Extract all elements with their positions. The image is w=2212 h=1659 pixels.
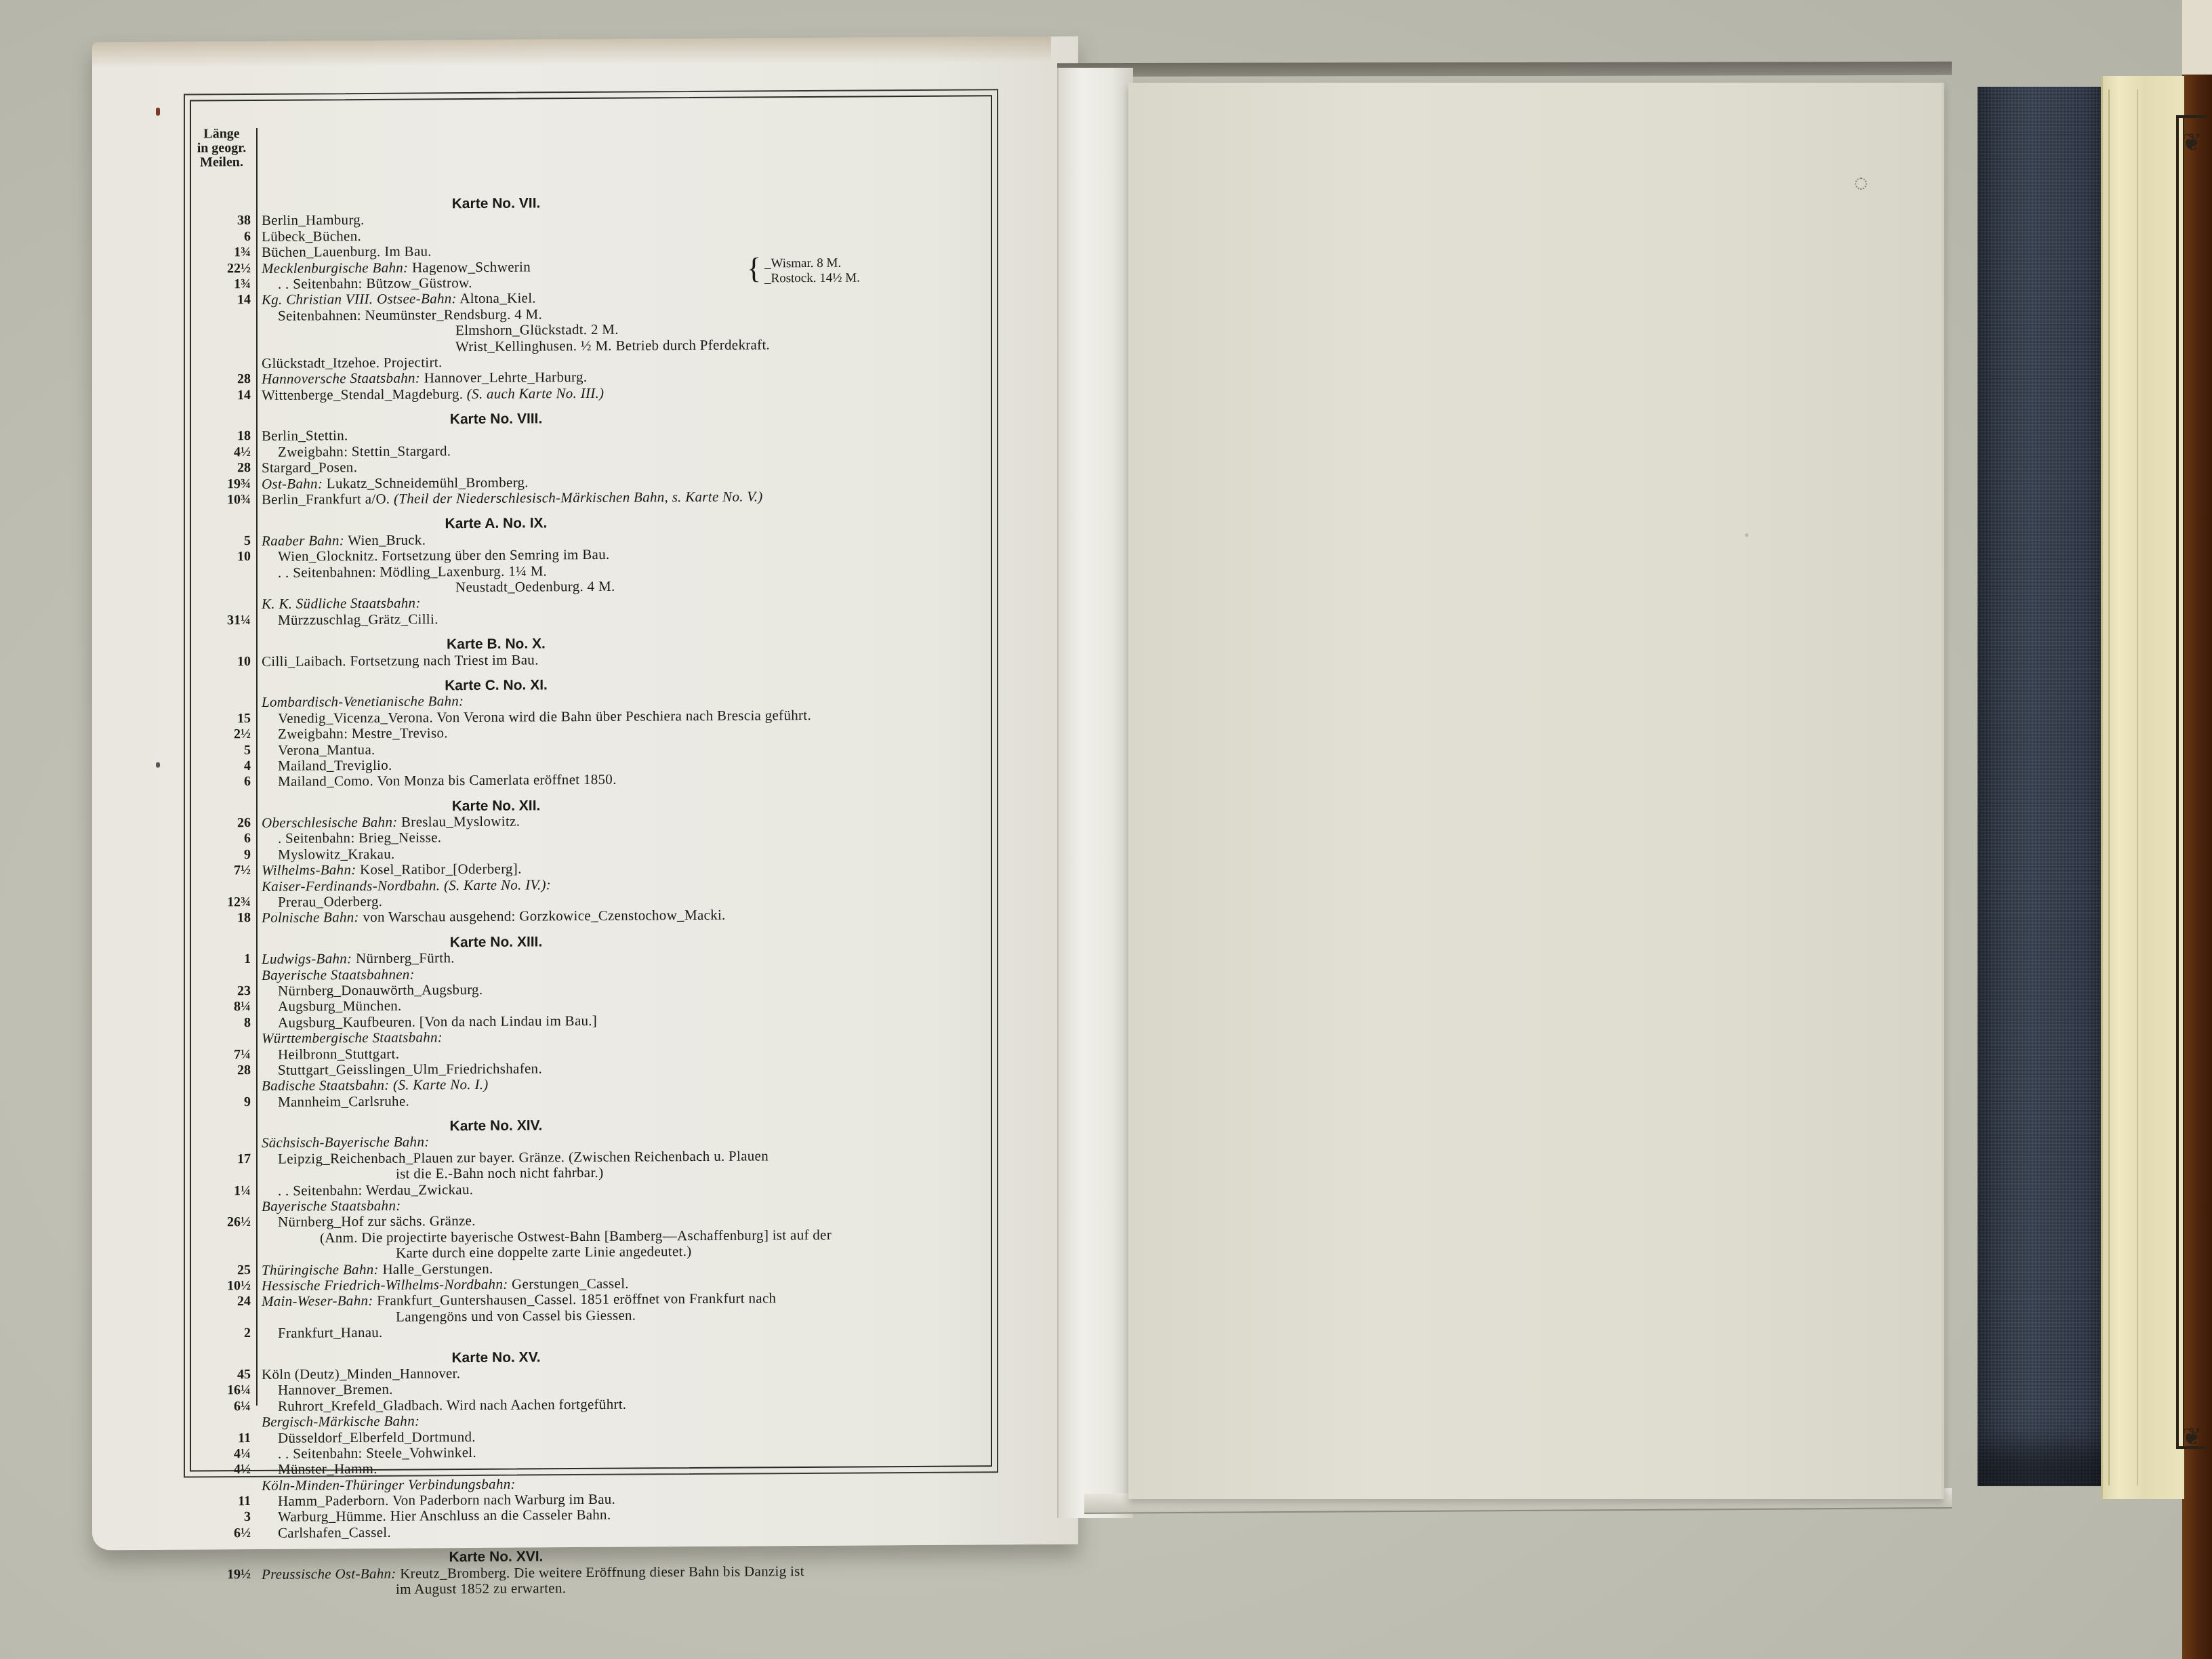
entry-text: Mecklenburgische Bahn: Hagenow_Schwerin [262, 259, 531, 276]
entry-text: Augsburg_München. [278, 998, 402, 1015]
scroll-ornament-icon: ❦ [2182, 130, 2202, 155]
company-name: Kaiser-Ferdinands-Nordbahn. (S. Karte No… [262, 876, 551, 895]
entry-text: Zweigbahn: Mestre_Treviso. [278, 725, 448, 742]
route: Berlin_Frankfurt a/O. [262, 491, 390, 508]
route: Neustadt_Oedenburg. 4 M. [455, 578, 615, 595]
length-value [191, 565, 251, 566]
route: Kosel_Ratibor_[Oderberg]. [360, 861, 522, 878]
route: Nürnberg_Hof zur sächs. Gränze. [278, 1212, 476, 1230]
length-value [191, 308, 251, 309]
entry-text: Warburg_Hümme. Hier Anschluss an die Cas… [278, 1507, 611, 1525]
entry-text: Lombardisch-Venetianische Bahn: [262, 693, 464, 710]
entry-text: Kg. Christian VIII. Ostsee-Bahn: Altona_… [262, 291, 536, 308]
length-value: 24 [191, 1294, 251, 1310]
cover-ornament-frame [2176, 115, 2206, 1449]
left-page: Länge in geogr. Meilen. Karte No. VII.38… [92, 37, 1078, 1551]
length-value [191, 1478, 251, 1479]
entry-text: Wien_Glocknitz. Fortsetzung über den Sem… [278, 547, 610, 565]
length-value: 4¼ [191, 1446, 251, 1462]
entry-text: Seitenbahnen: Neumünster_Rendsburg. 4 M. [278, 306, 542, 323]
entry-text: Elmshorn_Glückstadt. 2 M. [455, 322, 619, 338]
entry-text: Thüringische Bahn: Halle_Gerstungen. [262, 1261, 493, 1277]
company-name: Raaber Bahn: [262, 532, 344, 549]
length-value [191, 1135, 251, 1136]
length-value: 26½ [191, 1214, 251, 1231]
entry-text: Hannover_Bremen. [278, 1382, 393, 1398]
entry-text: Augsburg_Kaufbeuren. [Von da nach Lindau… [278, 1013, 597, 1031]
route: . Seitenbahn: Brieg_Neisse. [278, 829, 441, 846]
company-name: Bayerische Staatsbahnen: [262, 966, 415, 983]
entry-text: Badische Staatsbahn: (S. Karte No. I.) [262, 1077, 489, 1094]
route: Wittenberge_Stendal_Magdeburg. [262, 386, 463, 403]
entry-text: Verona_Mantua. [278, 741, 375, 758]
entry-text: Frankfurt_Hanau. [278, 1325, 383, 1341]
route: Mannheim_Carlsruhe. [278, 1092, 409, 1109]
board-edge [2108, 89, 2138, 1486]
length-value: 10½ [191, 1278, 251, 1294]
length-value: 28 [191, 371, 251, 388]
length-value: 7¼ [191, 1047, 251, 1063]
route: Köln (Deutz)_Minden_Hannover. [262, 1365, 460, 1382]
entry-text: Münster_Hamm. [278, 1461, 377, 1477]
route: Verona_Mantua. [278, 741, 375, 758]
route: . . Seitenbahn: Werdau_Zwickau. [278, 1181, 473, 1199]
company-name: Polnische Bahn: [262, 909, 359, 926]
route: Seitenbahnen: Neumünster_Rendsburg. 4 M. [278, 306, 542, 323]
entry-text: Lübeck_Büchen. [262, 228, 361, 245]
length-value: 14 [191, 388, 251, 404]
route: . . Seitenbahnen: Mödling_Laxenburg. 1¼ … [278, 562, 547, 580]
company-name: Preussische Ost-Bahn: [262, 1565, 396, 1582]
length-value: 7½ [191, 863, 251, 879]
length-value: 6½ [191, 1525, 251, 1542]
company-name: Köln-Minden-Thüringer Verbindungsbahn: [262, 1475, 516, 1493]
page-stain [92, 37, 1051, 68]
company-name: Hannoversche Staatsbahn: [262, 370, 420, 387]
entry-text: Büchen_Lauenburg. Im Bau. [262, 244, 432, 261]
cross-reference: (S. auch Karte No. III.) [463, 385, 604, 402]
entry-text: Bayerische Staatsbahn: [262, 1198, 401, 1214]
length-value: 8¼ [191, 999, 251, 1015]
company-name: Hessische Friedrich-Wilhelms-Nordbahn: [262, 1276, 508, 1294]
entry-text: Mailand_Como. Von Monza bis Camerlata er… [278, 772, 617, 790]
length-value: 4½ [191, 1462, 251, 1478]
entry-text: . . Seitenbahnen: Mödling_Laxenburg. 1¼ … [278, 563, 547, 580]
route: Frankfurt_Hanau. [278, 1324, 383, 1341]
entry-text: . Seitenbahn: Brieg_Neisse. [278, 830, 441, 846]
company-name: Main-Weser-Bahn: [262, 1292, 373, 1309]
entry-text: Stuttgart_Geisslingen_Ulm_Friedrichshafe… [278, 1061, 542, 1078]
length-value [191, 324, 251, 325]
route: Stargard_Posen. [262, 459, 357, 476]
entry-text: Stargard_Posen. [262, 459, 357, 476]
length-value: 19¾ [191, 476, 251, 493]
route: Ruhrort_Krefeld_Gladbach. Wird nach Aach… [278, 1395, 626, 1414]
route: Berlin_Hamburg. [262, 211, 365, 228]
length-value [191, 340, 251, 341]
entry-text: Raaber Bahn: Wien_Bruck. [262, 532, 426, 548]
company-name: Ludwigs-Bahn: [262, 950, 352, 967]
length-value: 2 [191, 1326, 251, 1342]
route: Büchen_Lauenburg. Im Bau. [262, 243, 432, 261]
route: Breslau_Myslowitz. [401, 813, 520, 830]
company-name: Sächsisch-Bayerische Bahn: [262, 1134, 429, 1151]
entry-text: Glückstadt_Itzehoe. Projectirt. [262, 354, 442, 371]
book-spine-cloth [1978, 87, 2113, 1486]
length-value: 17 [191, 1151, 251, 1168]
entry-text: Oberschlesische Bahn: Breslau_Myslowitz. [262, 814, 520, 831]
company-name: Bayerische Staatsbahn: [262, 1197, 401, 1214]
right-page-blank [1128, 83, 1944, 1499]
company-name: Mecklenburgische Bahn: [262, 259, 408, 276]
route: Glückstadt_Itzehoe. Projectirt. [262, 354, 442, 371]
length-value: 15 [191, 711, 251, 727]
route: von Warschau ausgehend: Gorzkowice_Czens… [363, 907, 725, 925]
entry-text: Ost-Bahn: Lukatz_Schneidemühl_Bromberg. [262, 474, 529, 491]
route: Zweigbahn: Mestre_Treviso. [278, 724, 448, 742]
length-value [191, 596, 251, 597]
entry-text: Neustadt_Oedenburg. 4 M. [455, 579, 615, 595]
length-value: 6¼ [191, 1399, 251, 1415]
length-value [191, 1199, 251, 1200]
length-value: 19½ [191, 1567, 251, 1583]
length-value [191, 356, 251, 356]
length-value: 11 [191, 1494, 251, 1510]
route: Warburg_Hümme. Hier Anschluss an die Cas… [278, 1507, 611, 1525]
entry-text: . . Seitenbahn: Steele_Vohwinkel. [278, 1445, 476, 1462]
route: Zweigbahn: Stettin_Stargard. [278, 443, 451, 460]
entry-text: Nürnberg_Donauwörth_Augsburg. [278, 982, 483, 999]
route: Stuttgart_Geisslingen_Ulm_Friedrichshafe… [278, 1060, 542, 1078]
length-value: 26 [191, 815, 251, 832]
company-name: Thüringische Bahn: [262, 1261, 379, 1277]
length-value: 23 [191, 983, 251, 1000]
route: Mailand_Como. Von Monza bis Camerlata er… [278, 771, 617, 790]
continuation-text: Langengöns und von Cassel bis Giessen. [396, 1307, 636, 1324]
length-value: 5 [191, 743, 251, 759]
entry-text: Wilhelms-Bahn: Kosel_Ratibor_[Oderberg]. [262, 861, 522, 878]
book-head-edge [1057, 62, 1952, 77]
route: Augsburg_München. [278, 998, 402, 1015]
entry-text: Sächsisch-Bayerische Bahn: [262, 1134, 429, 1151]
entry-text: Köln (Deutz)_Minden_Hannover. [262, 1366, 460, 1382]
scroll-ornament-icon: ❦ [2182, 1425, 2202, 1449]
route: Nürnberg_Fürth. [356, 949, 455, 966]
entry-text: Cilli_Laibach. Fortsetzung nach Triest i… [262, 652, 539, 669]
length-column-header: Länge in geogr. Meilen. [191, 101, 252, 170]
company-name: Kg. Christian VIII. Ostsee-Bahn: [262, 291, 457, 308]
length-value [191, 581, 251, 581]
route: Nürnberg_Donauwörth_Augsburg. [278, 981, 483, 999]
length-value: 14 [191, 292, 251, 308]
company-name: K. K. Südliche Staatsbahn: [262, 595, 421, 612]
length-value [191, 879, 251, 880]
entry-text: Prerau_Oderberg. [278, 894, 382, 910]
entry-text: Mailand_Treviglio. [278, 758, 392, 774]
company-name: Bergisch-Märkische Bahn: [262, 1413, 419, 1430]
route: Kreutz_Bromberg. Die weitere Eröffnung d… [400, 1563, 804, 1582]
length-value: 4½ [191, 445, 251, 461]
length-value: 11 [191, 1431, 251, 1447]
route: Prerau_Oderberg. [278, 893, 382, 910]
route: Altona_Kiel. [459, 290, 536, 307]
entry-text: Düsseldorf_Elberfeld_Dortmund. [278, 1429, 476, 1446]
length-value: 2½ [191, 726, 251, 743]
length-value: 4 [191, 758, 251, 775]
route: Wien_Glocknitz. Fortsetzung über den Sem… [278, 546, 610, 565]
company-name: Lombardisch-Venetianische Bahn: [262, 693, 464, 710]
route: . . Seitenbahn: Steele_Vohwinkel. [278, 1444, 476, 1462]
length-value: 31¼ [191, 613, 251, 629]
length-value: 1¾ [191, 245, 251, 261]
entry-text: Wittenberge_Stendal_Magdeburg. (S. auch … [262, 386, 604, 403]
entry-text: Köln-Minden-Thüringer Verbindungsbahn: [262, 1476, 516, 1493]
page-frame: Länge in geogr. Meilen. Karte No. VII.38… [190, 95, 992, 1471]
route: Wien_Bruck. [348, 531, 426, 548]
entry-text: Ruhrort_Krefeld_Gladbach. Wird nach Aach… [278, 1396, 626, 1414]
length-value: 12¾ [191, 895, 251, 911]
route: Gerstungen_Cassel. [512, 1275, 629, 1292]
route: Hannover_Bremen. [278, 1381, 393, 1398]
route: Berlin_Stettin. [262, 428, 348, 445]
length-value: 10 [191, 549, 251, 565]
route: Lukatz_Schneidemühl_Bromberg. [327, 474, 529, 491]
length-value: 6 [191, 229, 251, 245]
length-value: 6 [191, 831, 251, 847]
route: Wrist_Kellinghusen. ½ M. Betrieb durch P… [455, 336, 770, 354]
entry-text: Carlshafen_Cassel. [278, 1525, 391, 1541]
company-name: Oberschlesische Bahn: [262, 814, 398, 831]
route: Düsseldorf_Elberfeld_Dortmund. [278, 1429, 476, 1446]
length-value: 45 [191, 1367, 251, 1383]
length-value [191, 1078, 251, 1079]
length-value [191, 1414, 251, 1415]
route: Elmshorn_Glückstadt. 2 M. [455, 321, 619, 338]
page-speck [1855, 178, 1867, 190]
route: Mürzzuschlag_Grätz_Cilli. [278, 611, 438, 628]
length-value: 25 [191, 1263, 251, 1279]
route: Münster_Hamm. [278, 1460, 377, 1477]
route: Mailand_Treviglio. [278, 757, 392, 774]
entry-text: . . Seitenbahn: Werdau_Zwickau. [278, 1182, 473, 1199]
entry-text: Mürzzuschlag_Grätz_Cilli. [278, 611, 438, 628]
entry-text: Nürnberg_Hof zur sächs. Gränze. [278, 1213, 476, 1230]
length-value: 18 [191, 428, 251, 445]
company-name: Badische Staatsbahn: (S. Karte No. I.) [262, 1076, 489, 1094]
length-value: 3 [191, 1509, 251, 1525]
length-value: 28 [191, 1063, 251, 1079]
route: Carlshafen_Cassel. [278, 1524, 391, 1541]
length-value: 38 [191, 213, 251, 229]
length-value: 9 [191, 1094, 251, 1111]
length-value [191, 968, 251, 968]
company-name: Württembergische Staatsbahn: [262, 1029, 443, 1046]
book-gutter [1057, 68, 1133, 1518]
book-cover-board: ❦ ❦ [2101, 76, 2184, 1499]
entry-text: . . Seitenbahn: Bützow_Güstrow. [278, 275, 472, 292]
entry-text: K. K. Südliche Staatsbahn: [262, 596, 421, 612]
entry-text: Bergisch-Märkische Bahn: [262, 1414, 419, 1430]
continuation-text: ist die E.-Bahn noch nicht fahrbar.) [396, 1165, 603, 1182]
length-value: 1 [191, 951, 251, 968]
entry-text: Mannheim_Carlsruhe. [278, 1093, 409, 1109]
route: Hagenow_Schwerin [412, 258, 531, 275]
route: Frankfurt_Guntershausen_Cassel. 1851 erö… [377, 1290, 776, 1309]
page-mark [156, 762, 160, 768]
length-value: 1¼ [191, 1183, 251, 1200]
annotation-text: Karte durch eine doppelte zarte Linie an… [396, 1244, 692, 1261]
route: Lübeck_Büchen. [262, 228, 361, 245]
route: Augsburg_Kaufbeuren. [Von da nach Lindau… [278, 1012, 597, 1031]
entry-text: Myslowitz_Krakau. [278, 846, 395, 863]
railway-list: Karte No. VII.38Berlin_Hamburg.6Lübeck_B… [191, 192, 984, 1608]
entry-text: Heilbronn_Stuttgart. [278, 1046, 399, 1062]
company-name: Wilhelms-Bahn: [262, 861, 356, 878]
continuation-text: im August 1852 zu erwarten. [396, 1580, 566, 1597]
cross-reference: (Theil der Niederschlesisch-Märkischen B… [390, 488, 762, 506]
length-value [191, 695, 251, 695]
entry-text: Ludwigs-Bahn: Nürnberg_Fürth. [262, 950, 455, 967]
length-value: 5 [191, 533, 251, 550]
length-value: 10 [191, 654, 251, 670]
entry-text: Berlin_Hamburg. [262, 212, 365, 228]
entry-text: Zweigbahn: Stettin_Stargard. [278, 443, 451, 460]
route: Cilli_Laibach. Fortsetzung nach Triest i… [262, 651, 539, 669]
entry-text: Württembergische Staatsbahn: [262, 1029, 443, 1046]
entry-text: Berlin_Stettin. [262, 428, 348, 445]
route: Myslowitz_Krakau. [278, 846, 395, 863]
page-mark [156, 108, 160, 116]
length-value [191, 1031, 251, 1031]
route: Heilbronn_Stuttgart. [278, 1045, 399, 1062]
entry-text: Kaiser-Ferdinands-Nordbahn. (S. Karte No… [262, 877, 551, 895]
page-speck [1745, 533, 1748, 537]
length-value: 18 [191, 910, 251, 926]
entry-text: Bayerische Staatsbahnen: [262, 966, 415, 983]
route: Halle_Gerstungen. [382, 1260, 493, 1277]
entry-text: Wrist_Kellinghusen. ½ M. Betrieb durch P… [455, 337, 770, 354]
branch-item: _Wismar. 8 M. [764, 255, 860, 271]
length-value: 28 [191, 460, 251, 476]
length-value: 1¾ [191, 276, 251, 293]
length-value: 6 [191, 774, 251, 790]
length-value: 9 [191, 847, 251, 863]
length-value: 16¼ [191, 1382, 251, 1399]
company-name: Ost-Bahn: [262, 475, 323, 492]
route: Hannover_Lehrte_Harburg. [424, 369, 588, 386]
route: . . Seitenbahn: Bützow_Güstrow. [278, 274, 472, 292]
length-value: 22½ [191, 261, 251, 277]
length-value: 10¾ [191, 492, 251, 508]
length-value: 8 [191, 1015, 251, 1031]
